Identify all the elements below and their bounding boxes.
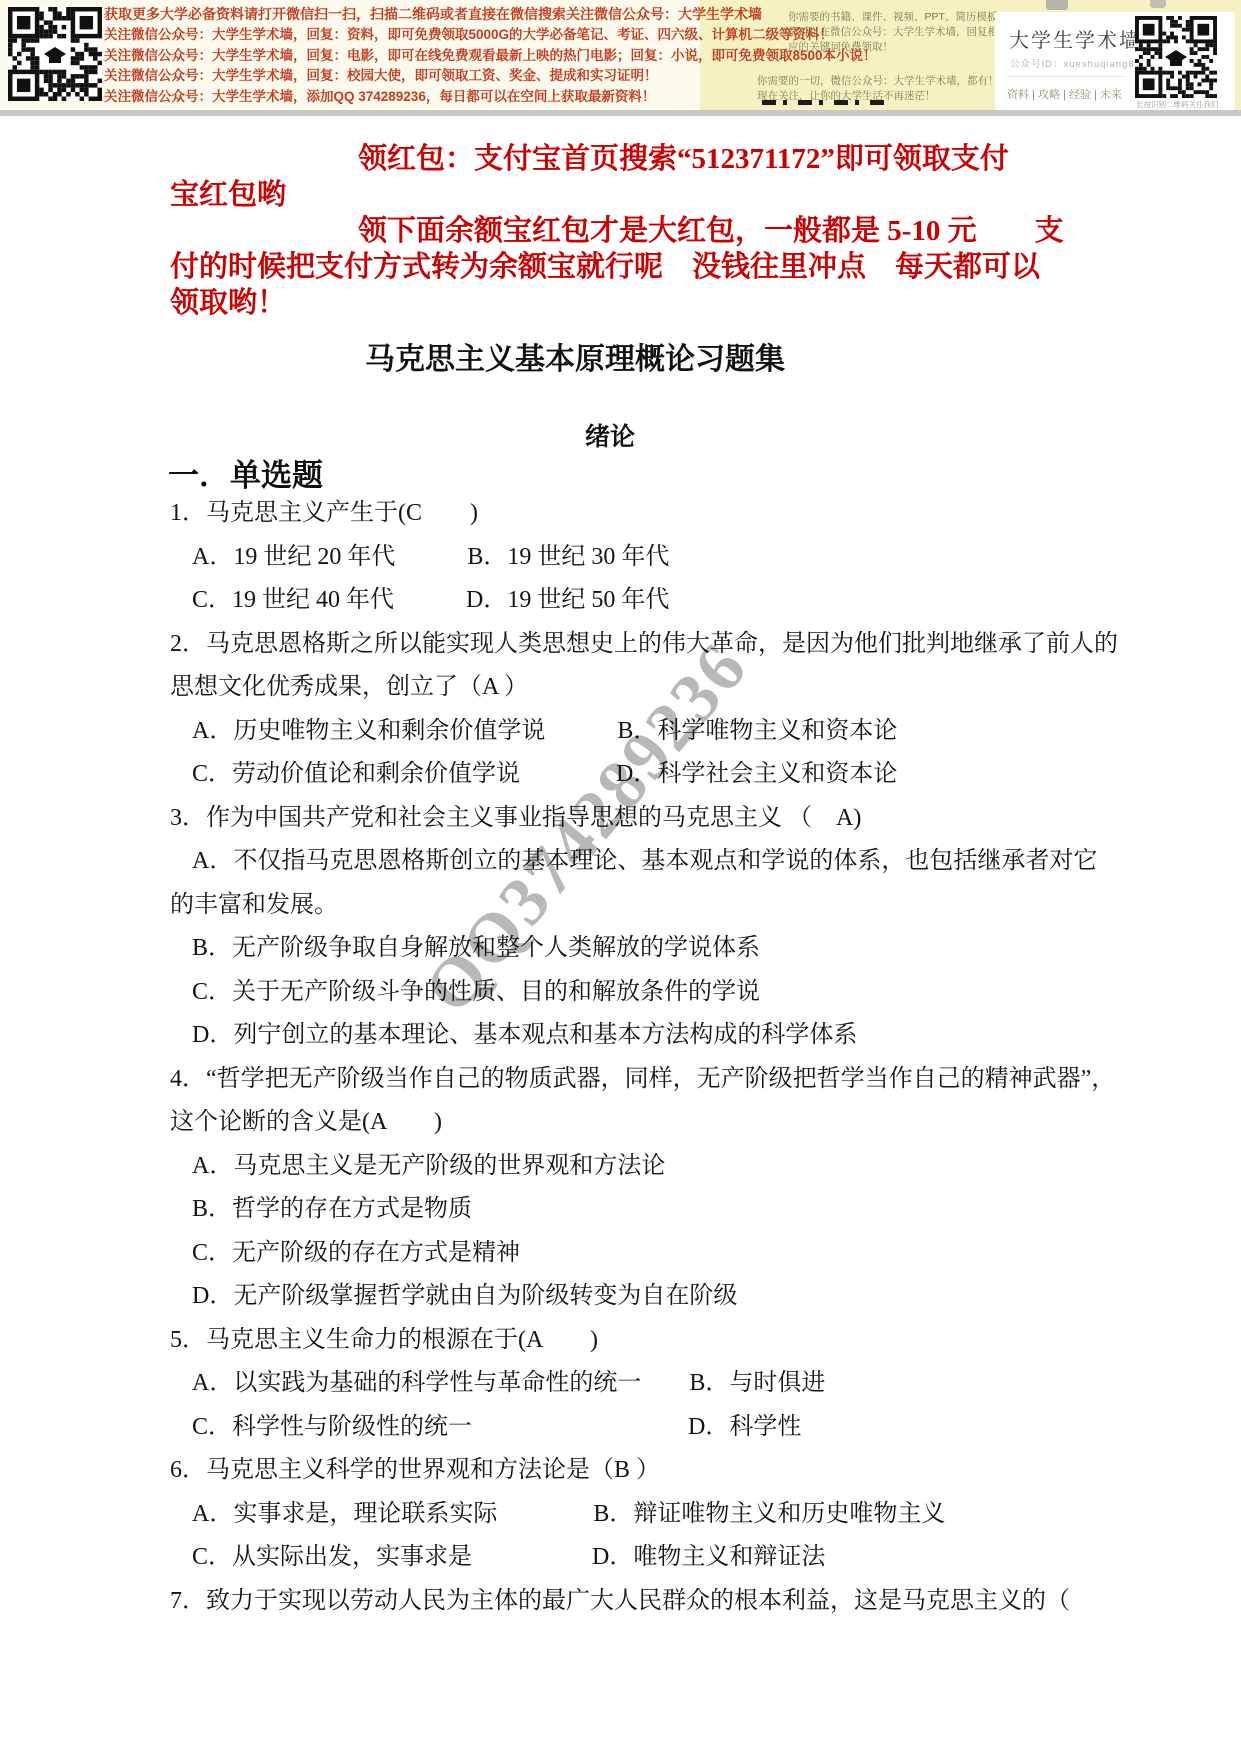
question-line: 7．致力于实现以劳动人民为主体的最广大人民群众的根本利益，这是马克思主义的（ (0, 1580, 1241, 1624)
question-line: A．不仅指马克思恩格斯创立的基本理论、基本观点和学说的体系，也包括继承者对它 (0, 840, 1241, 884)
wechat-qr-code-icon (8, 7, 102, 101)
question-line: 的丰富和发展。 (0, 884, 1241, 928)
question-line: A．实事求是，理论联系实际 B．辩证唯物主义和历史唯物主义 (0, 1493, 1241, 1537)
promo-line: 领下面余额宝红包才是大红包，一般都是 5-10 元 支 (170, 213, 1100, 249)
question-line: A．马克思主义是无产阶级的世界观和方法论 (0, 1145, 1241, 1189)
official-account-card: 大学生学术墙 公众号ID：xueshuqiang8888 资料 | 攻略 | 经… (995, 12, 1235, 110)
question-line: 5．马克思主义生命力的根源在于(A ) (0, 1319, 1241, 1363)
account-qr-code-icon (1135, 16, 1219, 98)
account-card-tags: 资料 | 攻略 | 经验 | 未来 (1007, 86, 1122, 102)
question-line: C．科学性与阶级性的统一 D．科学性 (0, 1406, 1241, 1450)
question-line: C．从实际出发，实事求是 D．唯物主义和辩证法 (0, 1536, 1241, 1580)
document-title: 马克思主义基本原理概论习题集 (170, 334, 980, 378)
section-heading: 绪论 (170, 417, 1050, 453)
question-line: C．19 世纪 40 年代 D．19 世纪 50 年代 (0, 579, 1241, 623)
banner-bottom-strip (0, 110, 1241, 116)
notice-top-text: 你需要的书籍、课件、视频、PPT、简历模板都可以在微信公众号：大学生学术墙，回复… (788, 10, 998, 55)
qr-scan-caption: 长按识别二维码关注我们 (1136, 99, 1219, 110)
notice-line: 你需要的一切，微信公众号：大学生学术墙，都有！ (757, 74, 999, 89)
banner-promo-line: 获取更多大学必备资料请打开微信扫一扫，扫描二维码或者直接在微信搜索关注微信公众号… (104, 4, 877, 25)
question-line: 6．马克思主义科学的世界观和方法论是（B ） (0, 1449, 1241, 1493)
question-line: C．无产阶级的存在方式是精神 (0, 1232, 1241, 1276)
account-card-id: 公众号ID：xueshuqiang8888 (1010, 56, 1154, 70)
card-tab-right (1150, 0, 1166, 8)
question-line: B．哲学的存在方式是物质 (0, 1188, 1241, 1232)
cutoff-text-fragment (762, 100, 884, 105)
notice-line: 你需要的书籍、课件、视频、PPT、简历模板 (788, 10, 998, 25)
question-line: 1．马克思主义产生于(C ) (0, 492, 1241, 536)
promo-line: 领取哟！ (170, 285, 1100, 321)
account-card-title: 大学生学术墙 (1009, 24, 1141, 53)
question-line: B．无产阶级争取自身解放和整个人类解放的学说体系 (0, 927, 1241, 971)
question-line: 思想文化优秀成果，创立了（A ） (0, 666, 1241, 710)
redpacket-promo-paragraphs: 领红包：支付宝首页搜索“512371172”即可领取支付宝红包哟领下面余额宝红包… (170, 141, 1100, 321)
question-line: 这个论断的含义是(A ) (0, 1101, 1241, 1145)
question-line: D．列宁创立的基本理论、基本观点和基本方法构成的科学体系 (0, 1014, 1241, 1058)
question-line: D．无产阶级掌握哲学就由自为阶级转变为自在阶级 (0, 1275, 1241, 1319)
notice-line: 都可以在微信公众号：大学生学术墙，回复相 (788, 25, 998, 40)
question-line: 4．“哲学把无产阶级当作自己的物质武器，同样，无产阶级把哲学当作自己的精神武器”… (0, 1058, 1241, 1102)
banner-promo-line: 关注微信公众号：大学生学术墙，回复：电影，即可在线免费观看最新上映的热门电影；回… (104, 46, 877, 67)
question-line: C．关于无产阶级斗争的性质、目的和解放条件的学说 (0, 971, 1241, 1015)
card-divider (1007, 76, 1125, 77)
promo-line: 付的时候把支付方式转为余额宝就行呢 没钱往里冲点 每天都可以 (170, 249, 1100, 285)
part-heading: 一．单选题 (168, 450, 323, 495)
notice-line: 应的关键词免费领取！ (788, 40, 998, 55)
question-line: A．历史唯物主义和剩余价值学说 B．科学唯物主义和资本论 (0, 710, 1241, 754)
question-line: A．19 世纪 20 年代 B．19 世纪 30 年代 (0, 536, 1241, 580)
question-line: A．以实践为基础的科学性与革命性的统一 B．与时俱进 (0, 1362, 1241, 1406)
question-line: 3．作为中国共产党和社会主义事业指导思想的马克思主义 （ A) (0, 797, 1241, 841)
question-line: 2．马克思恩格斯之所以能实现人类思想史上的伟大革命，是因为他们批判地继承了前人的 (0, 623, 1241, 667)
banner-promo-line: 关注微信公众号：大学生学术墙，回复：资料，即可免费领取5000G的大学必备笔记、… (104, 25, 877, 46)
promo-line: 宝红包哟 (170, 177, 1100, 213)
question-list: 1．马克思主义产生于(C )A．19 世纪 20 年代 B．19 世纪 30 年… (0, 492, 1241, 1623)
promo-banner: 获取更多大学必备资料请打开微信扫一扫，扫描二维码或者直接在微信搜索关注微信公众号… (0, 0, 1241, 110)
question-line: C．劳动价值论和剩余价值学说 D．科学社会主义和资本论 (0, 753, 1241, 797)
card-tab-left (1046, 0, 1068, 10)
promo-line: 领红包：支付宝首页搜索“512371172”即可领取支付 (170, 141, 1100, 177)
scanned-exam-page: { "banner": { "red_color": "#c43b1e", "l… (0, 0, 1241, 1754)
